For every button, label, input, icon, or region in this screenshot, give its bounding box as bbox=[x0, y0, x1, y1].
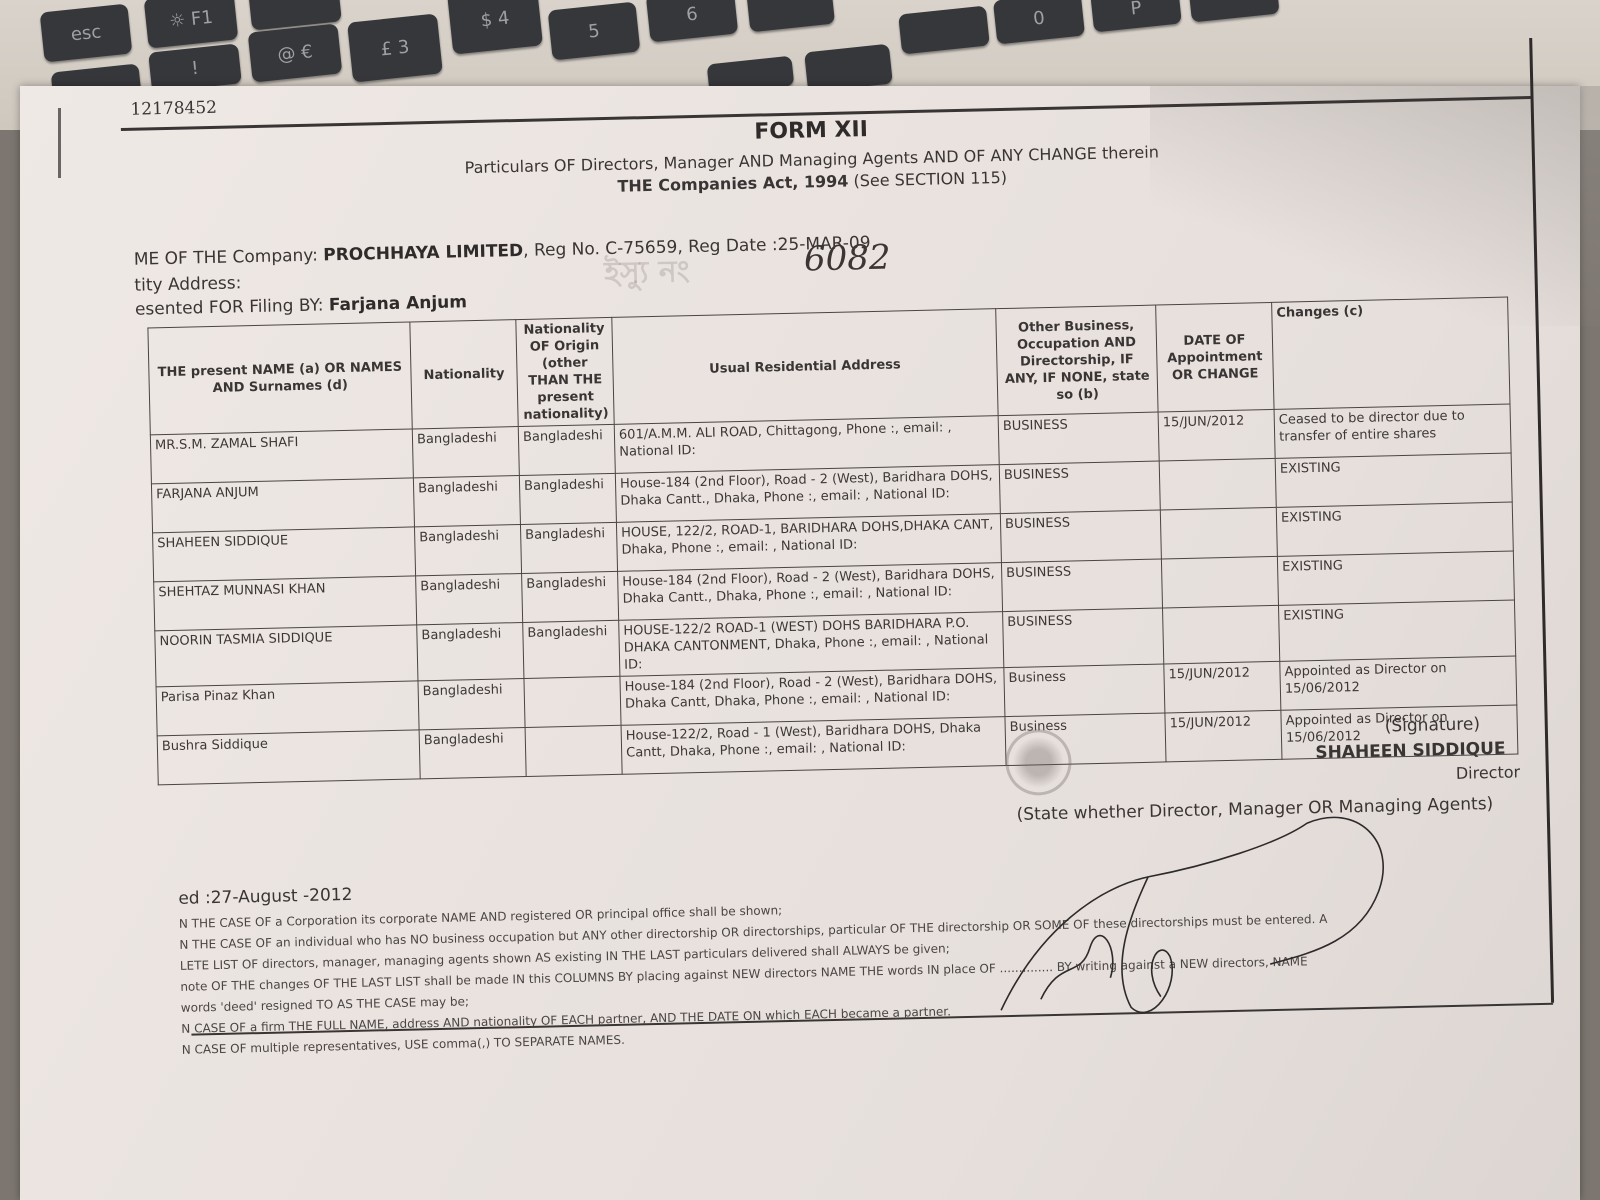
cell-name: SHAHEEN SIDDIQUE bbox=[153, 527, 416, 582]
directors-table: THE present NAME (a) OR NAMES AND Surnam… bbox=[147, 297, 1518, 786]
filing-date: ed :27-August -2012 bbox=[178, 885, 352, 909]
key-esc: esc bbox=[40, 4, 133, 63]
cell-date: 15/JUN/2012 bbox=[1165, 710, 1282, 762]
cell-address: House-184 (2nd Floor), Road - 2 (West), … bbox=[620, 668, 1005, 726]
cell-changes: Ceased to be director due to transfer of… bbox=[1274, 404, 1511, 458]
cell-address: House-184 (2nd Floor), Road - 2 (West), … bbox=[615, 465, 1000, 523]
act-section: (See SECTION 115) bbox=[853, 168, 1007, 190]
cell-date bbox=[1159, 458, 1276, 510]
cell-nationality: Bangladeshi bbox=[416, 574, 523, 625]
cell-nationality: Bangladeshi bbox=[417, 623, 524, 681]
cell-origin bbox=[525, 725, 622, 776]
cell-origin: Bangladeshi bbox=[519, 473, 616, 524]
cell-nationality: Bangladeshi bbox=[412, 427, 519, 478]
signatory-role: Director bbox=[1456, 762, 1521, 782]
col-header-name: THE present NAME (a) OR NAMES AND Surnam… bbox=[148, 322, 412, 435]
cell-date bbox=[1163, 605, 1280, 664]
cell-date: 15/JUN/2012 bbox=[1164, 661, 1281, 713]
cell-nationality: Bangladeshi bbox=[418, 678, 525, 729]
cell-date bbox=[1161, 556, 1278, 608]
cell-address: 601/A.M.M. ALI ROAD, Chittagong, Phone :… bbox=[614, 416, 999, 474]
company-name: PROCHHAYA LIMITED bbox=[323, 241, 523, 266]
col-header-occupation: Other Business, Occupation AND Directors… bbox=[996, 305, 1158, 416]
key-5: 5 bbox=[548, 2, 641, 61]
cell-changes: EXISTING bbox=[1275, 453, 1512, 507]
document-number: 12178452 bbox=[130, 98, 217, 120]
cell-address: House-184 (2nd Floor), Road - 2 (West), … bbox=[618, 563, 1003, 621]
key-0: 0 bbox=[993, 0, 1085, 44]
cell-occupation: Business bbox=[1004, 664, 1165, 717]
filed-by-line: esented FOR Filing BY: Farjana Anjum bbox=[135, 292, 467, 320]
key-4: $ 4 bbox=[447, 0, 543, 55]
cell-name: MR.S.M. ZAMAL SHAFI bbox=[150, 429, 413, 484]
cell-changes: EXISTING bbox=[1277, 551, 1514, 605]
handwritten-issue-number: 6082 bbox=[804, 238, 891, 280]
signature-label: (Signature) bbox=[1385, 714, 1481, 736]
cell-name: Bushra Siddique bbox=[157, 730, 420, 785]
registrar-seal bbox=[1005, 729, 1072, 796]
address-line: tity Address: bbox=[134, 273, 241, 295]
cell-occupation: BUSINESS bbox=[1000, 510, 1161, 563]
cell-name: SHEHTAZ MUNNASI KHAN bbox=[154, 576, 417, 631]
key-7 bbox=[746, 0, 835, 32]
address-label: tity Address: bbox=[134, 273, 241, 295]
cell-nationality: Bangladeshi bbox=[419, 727, 526, 778]
col-header-nationality: Nationality bbox=[410, 320, 518, 429]
footnotes: N THE CASE OF a Corporation its corporat… bbox=[179, 883, 1522, 1060]
cell-occupation: BUSINESS bbox=[1001, 559, 1162, 612]
state-note: (State whether Director, Manager OR Mana… bbox=[1016, 794, 1493, 825]
cell-name: NOORIN TASMIA SIDDIQUE bbox=[155, 625, 418, 687]
key-bracket bbox=[1188, 0, 1279, 23]
key-f1: ☼ F1 bbox=[144, 0, 239, 49]
key-2: @ € bbox=[248, 23, 343, 82]
cell-changes: EXISTING bbox=[1276, 502, 1513, 556]
cell-date: 15/JUN/2012 bbox=[1158, 409, 1275, 461]
cell-changes: EXISTING bbox=[1278, 600, 1515, 661]
cell-origin: Bangladeshi bbox=[518, 424, 615, 475]
pen-mark bbox=[58, 108, 61, 178]
company-label: ME OF THE Company: bbox=[134, 246, 318, 270]
col-header-origin: Nationality OF Origin (other THAN THE pr… bbox=[516, 317, 614, 426]
issue-stamp: ইস্যু নং bbox=[604, 247, 691, 300]
cell-origin: Bangladeshi bbox=[520, 522, 617, 573]
cell-changes: Appointed as Director on 15/06/2012 bbox=[1280, 656, 1517, 710]
col-header-date: DATE OF Appointment OR CHANGE bbox=[1156, 302, 1274, 412]
cell-origin: Bangladeshi bbox=[522, 571, 619, 622]
cell-occupation: BUSINESS bbox=[1003, 608, 1164, 668]
key-p: P bbox=[1090, 0, 1182, 32]
cell-occupation: BUSINESS bbox=[998, 412, 1159, 465]
col-header-address: Usual Residential Address bbox=[612, 309, 998, 425]
cell-occupation: BUSINESS bbox=[999, 461, 1160, 514]
filed-by-name: Farjana Anjum bbox=[329, 292, 468, 315]
cell-address: HOUSE-122/2 ROAD-1 (WEST) DOHS BARIDHARA… bbox=[619, 612, 1004, 677]
cell-date bbox=[1160, 507, 1277, 559]
cell-nationality: Bangladeshi bbox=[414, 525, 521, 576]
key-3: £ 3 bbox=[347, 13, 443, 82]
signatory-name: SHAHEEN SIDDIQUE bbox=[1315, 739, 1506, 763]
cell-name: FARJANA ANJUM bbox=[151, 478, 414, 533]
cell-name: Parisa Pinaz Khan bbox=[156, 681, 419, 736]
cell-address: HOUSE, 122/2, ROAD-1, BARIDHARA DOHS,DHA… bbox=[616, 514, 1001, 572]
key-9 bbox=[898, 6, 990, 55]
form-xii: 12178452 FORM XII Particulars OF Directo… bbox=[120, 58, 1562, 1090]
key-6: 6 bbox=[646, 0, 739, 42]
cell-origin bbox=[524, 676, 621, 727]
cell-origin: Bangladeshi bbox=[523, 620, 620, 678]
company-line: ME OF THE Company: PROCHHAYA LIMITED, Re… bbox=[134, 233, 871, 270]
filed-by-label: esented FOR Filing BY: bbox=[135, 295, 324, 319]
cell-nationality: Bangladeshi bbox=[413, 476, 520, 527]
act-name: THE Companies Act, 1994 bbox=[617, 171, 848, 195]
cell-address: House-122/2, Road - 1 (West), Baridhara … bbox=[621, 717, 1006, 775]
col-header-changes: Changes (c) bbox=[1272, 297, 1510, 409]
